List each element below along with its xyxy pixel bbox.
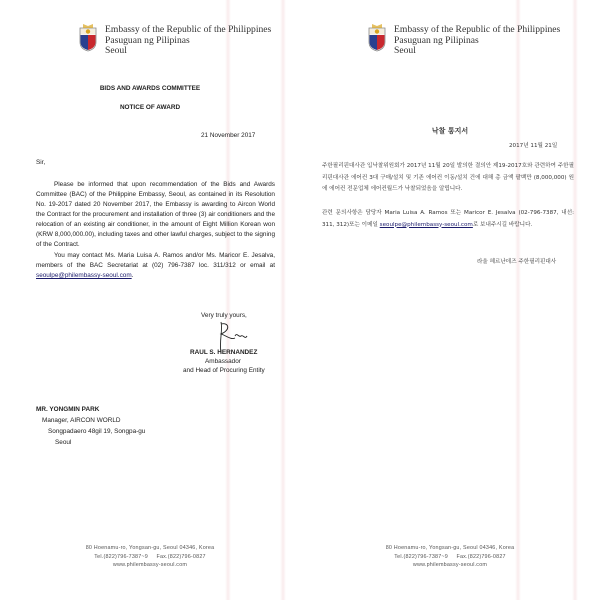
contact-paragraph: You may contact Ms. Maria Luisa A. Ramos…	[36, 251, 275, 281]
contact-paragraph-korean: 관련 문의사항은 담당자 Maria Luisa A. Ramos 또는 Mar…	[322, 208, 574, 231]
footer-phone: Tel.(822)796-7387~9 Fax.(822)796-0827	[300, 553, 600, 562]
embassy-footer: 80 Hoenamu-ro, Yongsan-gu, Seoul 04346, …	[0, 544, 300, 570]
english-notice-page: Embassy of the Republic of the Philippin…	[0, 0, 300, 600]
recipient-position: Manager, AIRCON WORLD	[42, 416, 120, 426]
letter-date-korean: 2017년 11월 21일	[509, 141, 557, 153]
letterhead: Embassy of the Republic of the Philippin…	[394, 25, 560, 57]
recipient-street: Songpadaero 48gil 19, Songpa-gu	[48, 427, 145, 437]
footer-website[interactable]: www.philembassy-seoul.com	[0, 561, 300, 570]
philippine-seal-icon	[366, 22, 388, 52]
contact-suffix-korean: 로 보내주시길 바랍니다.	[473, 222, 532, 228]
embassy-footer: 80 Hoenamu-ro, Yongsan-gu, Seoul 04346, …	[300, 544, 600, 570]
embassy-name-filipino: Pasuguan ng Pilipinas	[105, 36, 271, 47]
embassy-name: Embassy of the Republic of the Philippin…	[394, 25, 560, 36]
document-title-korean: 낙찰 통지서	[300, 126, 600, 138]
footer-phone: Tel.(822)796-7387~9 Fax.(822)796-0827	[0, 553, 300, 562]
embassy-city: Seoul	[394, 46, 560, 57]
korean-notice-page: Embassy of the Republic of the Philippin…	[300, 0, 600, 600]
contact-text: You may contact Ms. Maria Luisa A. Ramos…	[36, 252, 275, 269]
award-paragraph: Please be informed that upon recommendat…	[36, 180, 275, 250]
email-link[interactable]: seoulpe@philembassy-seoul.com	[36, 272, 132, 279]
footer-website[interactable]: www.philembassy-seoul.com	[300, 561, 600, 570]
email-link[interactable]: seoulpe@philembassy-seoul.com	[380, 222, 473, 228]
footer-address: 80 Hoenamu-ro, Yongsan-gu, Seoul 04346, …	[300, 544, 600, 553]
embassy-city: Seoul	[105, 46, 271, 57]
scan-artifact	[572, 0, 578, 600]
committee-heading: BIDS AND AWARDS COMMITTEE	[0, 84, 300, 94]
award-paragraph-korean: 주한필리핀대사관 입낙찰위원회가 2017년 11월 20일 발의한 결의안 제…	[322, 161, 574, 196]
embassy-name: Embassy of the Republic of the Philippin…	[105, 25, 271, 36]
signature-korean: 라울 헤르난데즈 주한필리핀대사	[477, 257, 556, 269]
letter-date: 21 November 2017	[201, 131, 255, 141]
letterhead: Embassy of the Republic of the Philippin…	[105, 25, 271, 57]
embassy-name-filipino: Pasuguan ng Pilipinas	[394, 36, 560, 47]
scan-artifact	[515, 0, 521, 600]
footer-address: 80 Hoenamu-ro, Yongsan-gu, Seoul 04346, …	[0, 544, 300, 553]
salutation: Sir,	[36, 158, 45, 168]
recipient-name: MR. YONGMIN PARK	[36, 405, 99, 415]
recipient-city: Seoul	[55, 438, 71, 448]
email-suffix: .	[132, 272, 134, 279]
signatory-role: and Head of Procuring Entity	[183, 366, 265, 376]
document-title: NOTICE OF AWARD	[0, 103, 300, 113]
philippine-seal-icon	[77, 22, 99, 52]
